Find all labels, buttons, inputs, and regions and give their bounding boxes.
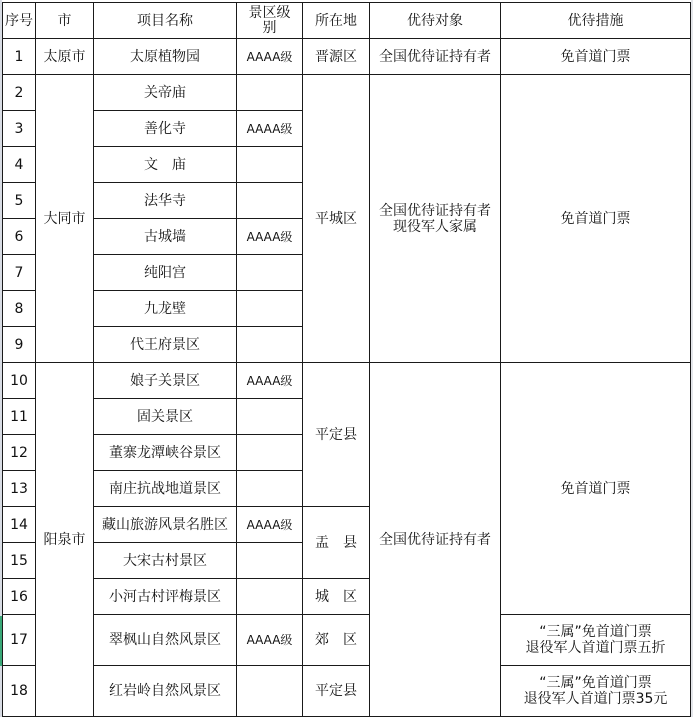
header-target[interactable]: 优待对象 (370, 3, 501, 39)
table-row: 1 太原市 太原植物园 AAAA级 晋源区 全国优待证持有者 免首道门票 (3, 39, 691, 75)
cell-name[interactable]: 文 庙 (94, 147, 237, 183)
cell-no[interactable]: 12 (3, 435, 36, 471)
cell-no[interactable]: 16 (3, 579, 36, 615)
cell-no[interactable]: 1 (3, 39, 36, 75)
cell-level[interactable] (237, 399, 303, 435)
cell-name[interactable]: 九龙壁 (94, 291, 237, 327)
cell-level[interactable] (237, 255, 303, 291)
header-measure[interactable]: 优待措施 (501, 3, 691, 39)
cell-measure[interactable]: 免首道门票 (501, 39, 691, 75)
header-city[interactable]: 市 (36, 3, 94, 39)
cell-no[interactable]: 10 (3, 363, 36, 399)
cell-level[interactable] (237, 291, 303, 327)
header-name[interactable]: 项目名称 (94, 3, 237, 39)
cell-level[interactable]: AAAA级 (237, 507, 303, 543)
cell-level[interactable] (237, 543, 303, 579)
cell-no[interactable]: 11 (3, 399, 36, 435)
header-level-line2: 别 (237, 21, 302, 36)
cell-target-line1: 全国优待证持有者 (370, 203, 500, 219)
cell-name[interactable]: 法华寺 (94, 183, 237, 219)
cell-name[interactable]: 代王府景区 (94, 327, 237, 363)
cell-level[interactable] (237, 183, 303, 219)
cell-no[interactable]: 18 (3, 666, 36, 717)
cell-no[interactable]: 14 (3, 507, 36, 543)
cell-no[interactable]: 8 (3, 291, 36, 327)
cell-no[interactable]: 4 (3, 147, 36, 183)
cell-name[interactable]: 娘子关景区 (94, 363, 237, 399)
cell-name[interactable]: 藏山旅游风景名胜区 (94, 507, 237, 543)
cell-level[interactable]: AAAA级 (237, 111, 303, 147)
cell-level[interactable]: AAAA级 (237, 363, 303, 399)
cell-name[interactable]: 翠枫山自然风景区 (94, 615, 237, 666)
cell-location[interactable]: 城 区 (303, 579, 370, 615)
cell-location[interactable]: 平定县 (303, 666, 370, 717)
cell-name[interactable]: 大宋古村景区 (94, 543, 237, 579)
cell-no[interactable]: 17 (3, 615, 36, 666)
cell-no[interactable]: 6 (3, 219, 36, 255)
cell-level[interactable] (237, 579, 303, 615)
cell-measure-line1: “三属”免首道门票 (501, 624, 690, 640)
table-row: 18 红岩岭自然风景区 平定县 “三属”免首道门票 退役军人首道门票35元 (3, 666, 691, 717)
cell-city[interactable]: 大同市 (36, 75, 94, 363)
header-level[interactable]: 景区级 别 (237, 3, 303, 39)
cell-measure-line2: 退役军人首道门票35元 (501, 691, 690, 707)
cell-name[interactable]: 南庄抗战地道景区 (94, 471, 237, 507)
cell-name[interactable]: 善化寺 (94, 111, 237, 147)
discount-table: 序号 市 项目名称 景区级 别 所在地 优待对象 优待措施 1 太原市 太原植物… (2, 2, 691, 717)
cell-city[interactable]: 阳泉市 (36, 363, 94, 717)
cell-city[interactable]: 太原市 (36, 39, 94, 75)
cell-location[interactable]: 平定县 (303, 363, 370, 507)
cell-name[interactable]: 小河古村评梅景区 (94, 579, 237, 615)
cell-target[interactable]: 全国优待证持有者 (370, 39, 501, 75)
cell-level[interactable] (237, 75, 303, 111)
cell-level[interactable]: AAAA级 (237, 39, 303, 75)
cell-level[interactable] (237, 327, 303, 363)
cell-location[interactable]: 晋源区 (303, 39, 370, 75)
cell-name[interactable]: 红岩岭自然风景区 (94, 666, 237, 717)
cell-no[interactable]: 9 (3, 327, 36, 363)
cell-level[interactable] (237, 666, 303, 717)
cell-name[interactable]: 固关景区 (94, 399, 237, 435)
cell-level[interactable]: AAAA级 (237, 615, 303, 666)
cell-measure-line2: 退役军人首道门票五折 (501, 640, 690, 656)
cell-no[interactable]: 15 (3, 543, 36, 579)
cell-name[interactable]: 太原植物园 (94, 39, 237, 75)
cell-no[interactable]: 2 (3, 75, 36, 111)
cell-no[interactable]: 7 (3, 255, 36, 291)
cell-no[interactable]: 5 (3, 183, 36, 219)
cell-name[interactable]: 关帝庙 (94, 75, 237, 111)
cell-name[interactable]: 古城墙 (94, 219, 237, 255)
table-row: 2 大同市 关帝庙 平城区 全国优待证持有者 现役军人家属 免首道门票 (3, 75, 691, 111)
cell-measure[interactable]: “三属”免首道门票 退役军人首道门票五折 (501, 615, 691, 666)
cell-no[interactable]: 13 (3, 471, 36, 507)
cell-level[interactable]: AAAA级 (237, 219, 303, 255)
cell-location[interactable]: 郊 区 (303, 615, 370, 666)
spreadsheet: 序号 市 项目名称 景区级 别 所在地 优待对象 优待措施 1 太原市 太原植物… (2, 2, 691, 717)
cell-target-line2: 现役军人家属 (370, 219, 500, 235)
cell-location[interactable]: 平城区 (303, 75, 370, 363)
cell-level[interactable] (237, 471, 303, 507)
cell-location[interactable]: 盂 县 (303, 507, 370, 579)
header-location[interactable]: 所在地 (303, 3, 370, 39)
cell-level[interactable] (237, 147, 303, 183)
cell-name[interactable]: 董寨龙潭峡谷景区 (94, 435, 237, 471)
table-row-selected: 17 翠枫山自然风景区 AAAA级 郊 区 “三属”免首道门票 退役军人首道门票… (3, 615, 691, 666)
table-row: 10 阳泉市 娘子关景区 AAAA级 平定县 全国优待证持有者 免首道门票 (3, 363, 691, 399)
header-level-line1: 景区级 (237, 6, 302, 21)
cell-measure[interactable]: 免首道门票 (501, 363, 691, 615)
header-row: 序号 市 项目名称 景区级 别 所在地 优待对象 优待措施 (3, 3, 691, 39)
cell-level[interactable] (237, 435, 303, 471)
cell-target[interactable]: 全国优待证持有者 现役军人家属 (370, 75, 501, 363)
cell-target[interactable]: 全国优待证持有者 (370, 363, 501, 717)
header-no[interactable]: 序号 (3, 3, 36, 39)
cell-measure[interactable]: “三属”免首道门票 退役军人首道门票35元 (501, 666, 691, 717)
cell-name[interactable]: 纯阳宫 (94, 255, 237, 291)
cell-measure-line1: “三属”免首道门票 (501, 675, 690, 691)
cell-no[interactable]: 3 (3, 111, 36, 147)
cell-measure[interactable]: 免首道门票 (501, 75, 691, 363)
